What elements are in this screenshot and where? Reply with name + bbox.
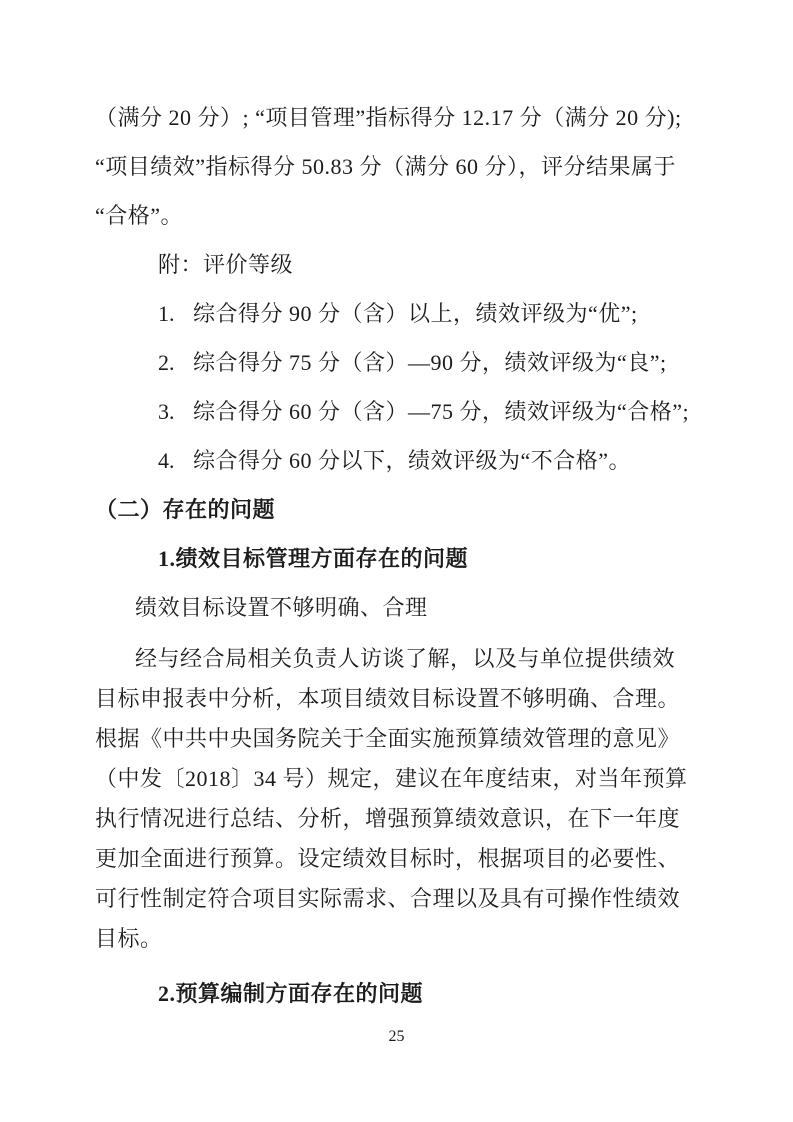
document-page: （满分 20 分）; “项目管理”指标得分 12.17 分（满分 20 分); … — [0, 0, 793, 1122]
list-item-text: 综合得分 60 分（含）—75 分，绩效评级为“合格”; — [193, 399, 689, 424]
list-item-number: 4. — [158, 436, 193, 485]
issue-title: 绩效目标设置不够明确、合理 — [95, 583, 701, 632]
paragraph-line: 执行情况进行总结、分析，增强预算绩效意识，在下一年度 — [95, 799, 701, 839]
attachment-label: 附：评价等级 — [95, 240, 701, 289]
paragraph-line: （中发〔2018〕34 号）规定，建议在年度结束，对当年预算 — [95, 759, 701, 799]
paragraph-line: 可行性制定符合项目实际需求、合理以及具有可操作性绩效 — [95, 879, 701, 919]
grade-list-item: 3.综合得分 60 分（含）—75 分，绩效评级为“合格”; — [95, 387, 701, 436]
paragraph-line: 目标。 — [95, 919, 701, 959]
paragraph-line: 目标申报表中分析，本项目绩效目标设置不够明确、合理。 — [95, 679, 701, 719]
section-heading: （二）存在的问题 — [95, 485, 701, 534]
grade-list-item: 1.综合得分 90 分（含）以上，绩效评级为“优”; — [95, 289, 701, 338]
grade-list-item: 4.综合得分 60 分以下，绩效评级为“不合格”。 — [95, 436, 701, 485]
intro-line: “合格”。 — [95, 191, 701, 240]
sub-heading-2: 2.预算编制方面存在的问题 — [95, 969, 701, 1018]
sub-heading-1: 1.绩效目标管理方面存在的问题 — [95, 534, 701, 583]
page-number: 25 — [0, 1026, 793, 1048]
paragraph-line: 更加全面进行预算。设定绩效目标时，根据项目的必要性、 — [95, 839, 701, 879]
intro-line: “项目绩效”指标得分 50.83 分（满分 60 分），评分结果属于 — [95, 142, 701, 191]
list-item-number: 3. — [158, 387, 193, 436]
list-item-text: 综合得分 75 分（含）—90 分，绩效评级为“良”; — [193, 350, 667, 375]
intro-line: （满分 20 分）; “项目管理”指标得分 12.17 分（满分 20 分); — [95, 93, 701, 142]
list-item-text: 综合得分 60 分以下，绩效评级为“不合格”。 — [193, 448, 631, 473]
body-paragraph: 经与经合局相关负责人访谈了解，以及与单位提供绩效 目标申报表中分析，本项目绩效目… — [95, 639, 701, 959]
paragraph-line: 根据《中共中央国务院关于全面实施预算绩效管理的意见》 — [95, 719, 701, 759]
list-item-number: 2. — [158, 338, 193, 387]
list-item-text: 综合得分 90 分（含）以上，绩效评级为“优”; — [193, 301, 638, 326]
document-body: （满分 20 分）; “项目管理”指标得分 12.17 分（满分 20 分); … — [95, 93, 701, 1018]
list-item-number: 1. — [158, 289, 193, 338]
paragraph-line: 经与经合局相关负责人访谈了解，以及与单位提供绩效 — [95, 639, 701, 679]
grade-list-item: 2.综合得分 75 分（含）—90 分，绩效评级为“良”; — [95, 338, 701, 387]
